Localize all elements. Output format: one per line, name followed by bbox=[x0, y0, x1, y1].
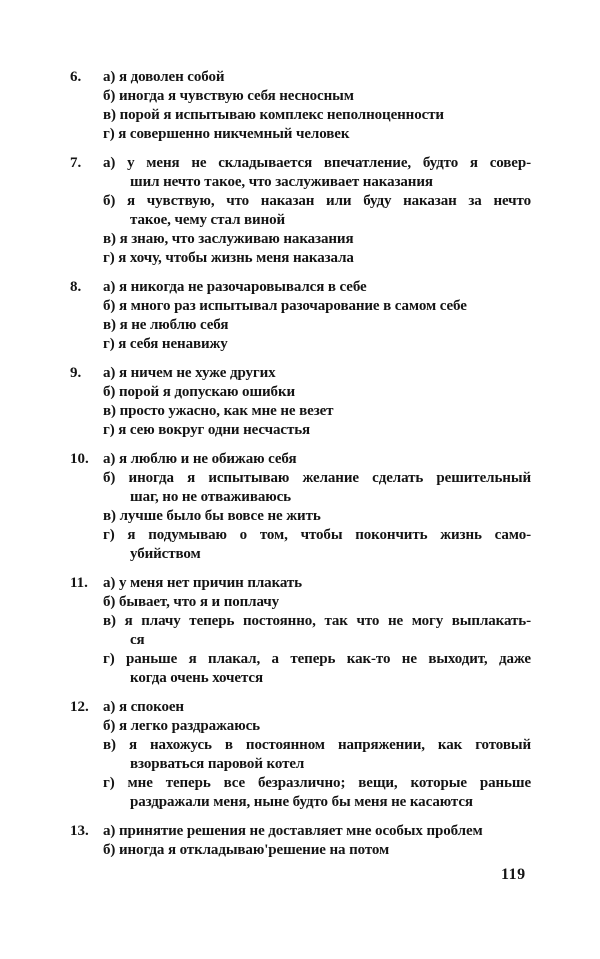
item-options: а) я доволен собойб) иногда я чувствую с… bbox=[103, 68, 531, 144]
option-text: у меня нет причин плакать bbox=[119, 575, 302, 591]
option-line: г) мне теперь все безразлично; вещи, кот… bbox=[103, 774, 531, 793]
option-letter: а) bbox=[103, 823, 115, 839]
option-line: а) принятие решения не доставляет мне ос… bbox=[103, 822, 531, 841]
option-line: б) бывает, что я и поплачу bbox=[103, 593, 531, 612]
option-line: в) лучше было бы вовсе не жить bbox=[103, 507, 531, 526]
item-options: а) я ничем не хуже другихб) порой я допу… bbox=[103, 364, 531, 440]
option-line: б) иногда я чувствую себя несносным bbox=[103, 87, 531, 106]
questionnaire-items: 6.а) я доволен собойб) иногда я чувствую… bbox=[70, 68, 531, 870]
option-letter: г) bbox=[103, 775, 115, 791]
option-line: а) я спокоен bbox=[103, 698, 531, 717]
option-text: я легко раздражаюсь bbox=[119, 718, 260, 734]
option-letter: а) bbox=[103, 699, 115, 715]
option-letter: в) bbox=[103, 403, 116, 419]
option-text: порой я допускаю ошибки bbox=[119, 384, 295, 400]
option-letter: а) bbox=[103, 451, 115, 467]
questionnaire-item: 12.а) я спокоенб) я легко раздражаюсьв) … bbox=[70, 698, 531, 812]
item-number: 12. bbox=[70, 698, 103, 812]
option-line: в) я плачу теперь постоянно, так что не … bbox=[103, 612, 531, 631]
option-line: а) я доволен собой bbox=[103, 68, 531, 87]
option-letter: в) bbox=[103, 231, 116, 247]
option-letter: б) bbox=[103, 298, 115, 314]
option-line: а) я никогда не разочаровывался в себе bbox=[103, 278, 531, 297]
item-number: 8. bbox=[70, 278, 103, 354]
questionnaire-item: 8.а) я никогда не разочаровывался в себе… bbox=[70, 278, 531, 354]
option-text: я себя ненавижу bbox=[118, 336, 227, 352]
option-line: б) я много раз испытывал разочарование в… bbox=[103, 297, 531, 316]
option-text: я совершенно никчемный человек bbox=[118, 126, 349, 142]
item-options: а) я люблю и не обижаю себяб) иногда я и… bbox=[103, 450, 531, 564]
option-line: в) я нахожусь в постоянном напряжении, к… bbox=[103, 736, 531, 755]
option-text: раньше я плакал, а теперь как-то не выхо… bbox=[126, 651, 531, 667]
questionnaire-item: 7.а) у меня не складывается впечатление,… bbox=[70, 154, 531, 268]
option-text: лучше было бы вовсе не жить bbox=[120, 508, 321, 524]
option-text: я спокоен bbox=[119, 699, 184, 715]
option-text: я знаю, что заслуживаю наказания bbox=[120, 231, 354, 247]
option-text: я люблю и не обижаю себя bbox=[119, 451, 297, 467]
option-letter: б) bbox=[103, 470, 115, 486]
item-options: а) у меня не складывается впечатление, б… bbox=[103, 154, 531, 268]
option-line: б) я легко раздражаюсь bbox=[103, 717, 531, 736]
option-letter: б) bbox=[103, 594, 115, 610]
option-text: я нахожусь в постоянном напряжении, как … bbox=[129, 737, 531, 753]
option-line-continuation: шил нечто такое, что заслуживает наказан… bbox=[103, 173, 531, 192]
option-letter: г) bbox=[103, 527, 115, 543]
option-letter: в) bbox=[103, 317, 116, 333]
option-line: г) я сею вокруг одни несчастья bbox=[103, 421, 531, 440]
questionnaire-item: 11.а) у меня нет причин плакатьб) бывает… bbox=[70, 574, 531, 688]
item-options: а) я никогда не разочаровывался в себеб)… bbox=[103, 278, 531, 354]
option-letter: б) bbox=[103, 193, 115, 209]
option-letter: в) bbox=[103, 107, 116, 123]
page-number: 119 bbox=[501, 865, 526, 884]
option-letter: б) bbox=[103, 88, 115, 104]
option-line: г) я себя ненавижу bbox=[103, 335, 531, 354]
option-letter: а) bbox=[103, 365, 115, 381]
option-line: б) я чувствую, что наказан или буду нака… bbox=[103, 192, 531, 211]
option-letter: а) bbox=[103, 155, 115, 171]
option-line: г) я хочу, чтобы жизнь меня наказала bbox=[103, 249, 531, 268]
option-letter: г) bbox=[103, 651, 115, 667]
option-letter: в) bbox=[103, 508, 116, 524]
option-line: б) иногда я испытываю желание сделать ре… bbox=[103, 469, 531, 488]
option-line: г) я подумываю о том, чтобы покончить жи… bbox=[103, 526, 531, 545]
option-line-continuation: ся bbox=[103, 631, 531, 650]
option-line-continuation: шаг, но не отваживаюсь bbox=[103, 488, 531, 507]
questionnaire-item: 10.а) я люблю и не обижаю себяб) иногда … bbox=[70, 450, 531, 564]
option-letter: а) bbox=[103, 279, 115, 295]
option-text: бывает, что я и поплачу bbox=[119, 594, 279, 610]
option-line: в) я знаю, что заслуживаю наказания bbox=[103, 230, 531, 249]
option-line-continuation: убийством bbox=[103, 545, 531, 564]
option-text: мне теперь все безразлично; вещи, которы… bbox=[128, 775, 531, 791]
option-line: а) у меня нет причин плакать bbox=[103, 574, 531, 593]
option-line: г) раньше я плакал, а теперь как-то не в… bbox=[103, 650, 531, 669]
option-line-continuation: взорваться паровой котел bbox=[103, 755, 531, 774]
option-text: принятие решения не доставляет мне особы… bbox=[119, 823, 483, 839]
option-line: г) я совершенно никчемный человек bbox=[103, 125, 531, 144]
option-line: в) я не люблю себя bbox=[103, 316, 531, 335]
option-text: я много раз испытывал разочарование в са… bbox=[119, 298, 467, 314]
questionnaire-item: 13.а) принятие решения не доставляет мне… bbox=[70, 822, 531, 860]
book-page: { "page": { "number": "119", "items": [ … bbox=[0, 0, 600, 959]
questionnaire-item: 6.а) я доволен собойб) иногда я чувствую… bbox=[70, 68, 531, 144]
option-letter: в) bbox=[103, 737, 116, 753]
item-number: 13. bbox=[70, 822, 103, 860]
option-text: иногда я чувствую себя несносным bbox=[119, 88, 354, 104]
option-line-continuation: когда очень хочется bbox=[103, 669, 531, 688]
item-options: а) я спокоенб) я легко раздражаюсьв) я н… bbox=[103, 698, 531, 812]
option-letter: г) bbox=[103, 336, 115, 352]
option-text: я плачу теперь постоянно, так что не мог… bbox=[125, 613, 531, 629]
item-number: 10. bbox=[70, 450, 103, 564]
questionnaire-item: 9.а) я ничем не хуже другихб) порой я до… bbox=[70, 364, 531, 440]
option-text: я сею вокруг одни несчастья bbox=[118, 422, 310, 438]
option-letter: г) bbox=[103, 422, 115, 438]
option-text: я подумываю о том, чтобы покончить жизнь… bbox=[127, 527, 531, 543]
option-line-continuation: раздражали меня, ныне будто бы меня не к… bbox=[103, 793, 531, 812]
option-text: у меня не складывается впечатление, будт… bbox=[127, 155, 531, 171]
option-line-continuation: такое, чему стал виной bbox=[103, 211, 531, 230]
option-line: б) порой я допускаю ошибки bbox=[103, 383, 531, 402]
option-letter: г) bbox=[103, 126, 115, 142]
option-text: иногда я откладываю'решение на потом bbox=[119, 842, 389, 858]
option-line: а) я ничем не хуже других bbox=[103, 364, 531, 383]
option-line: а) у меня не складывается впечатление, б… bbox=[103, 154, 531, 173]
option-text: порой я испытываю комплекс неполноценнос… bbox=[120, 107, 444, 123]
option-letter: б) bbox=[103, 718, 115, 734]
item-number: 7. bbox=[70, 154, 103, 268]
option-letter: г) bbox=[103, 250, 115, 266]
option-line: в) просто ужасно, как мне не везет bbox=[103, 402, 531, 421]
item-options: а) принятие решения не доставляет мне ос… bbox=[103, 822, 531, 860]
option-text: иногда я испытываю желание сделать решит… bbox=[129, 470, 531, 486]
option-text: я не люблю себя bbox=[120, 317, 229, 333]
item-number: 6. bbox=[70, 68, 103, 144]
option-letter: б) bbox=[103, 842, 115, 858]
option-text: я доволен собой bbox=[119, 69, 224, 85]
item-options: а) у меня нет причин плакатьб) бывает, ч… bbox=[103, 574, 531, 688]
item-number: 11. bbox=[70, 574, 103, 688]
option-line: б) иногда я откладываю'решение на потом bbox=[103, 841, 531, 860]
option-text: я никогда не разочаровывался в себе bbox=[119, 279, 367, 295]
option-letter: в) bbox=[103, 613, 116, 629]
option-text: я ничем не хуже других bbox=[119, 365, 276, 381]
option-text: я чувствую, что наказан или буду наказан… bbox=[127, 193, 531, 209]
option-letter: а) bbox=[103, 575, 115, 591]
option-letter: б) bbox=[103, 384, 115, 400]
option-text: я хочу, чтобы жизнь меня наказала bbox=[118, 250, 354, 266]
option-line: в) порой я испытываю комплекс неполноцен… bbox=[103, 106, 531, 125]
item-number: 9. bbox=[70, 364, 103, 440]
option-letter: а) bbox=[103, 69, 115, 85]
option-text: просто ужасно, как мне не везет bbox=[120, 403, 334, 419]
option-line: а) я люблю и не обижаю себя bbox=[103, 450, 531, 469]
